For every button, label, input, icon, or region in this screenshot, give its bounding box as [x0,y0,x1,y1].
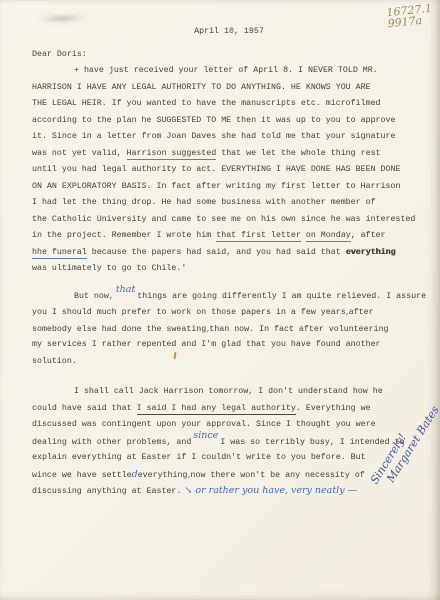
typed-text: . Everything we [296,404,371,413]
typed-text: I shall call Jack Harrison tomorrow, I d… [74,387,383,396]
handwritten-annotation: since [193,428,218,445]
typed-text: you I should much prefer to work on thos… [32,308,346,317]
typed-text: THE LEGAL HEIR. If you wanted to have th… [32,99,381,108]
typed-text: now there won't be any necessity of [191,471,365,480]
letter-line: was ultimately to go to Chile.' [32,261,426,278]
letter-line: my services I rather repented and I'm gl… [32,337,426,354]
typed-text: somebody else had done the sweating [32,325,206,334]
letter-line: discussed was contingent upon your appro… [32,417,426,434]
letter-paper: 16727.1 9917a April 10, 1957 Dear Doris:… [0,0,440,600]
typed-text: that first letter [216,231,301,242]
typed-text: that we let the whole thing rest [216,149,380,158]
typed-text: until you had legal authority to act. EV… [32,165,400,174]
letter-line: wince we have settledeverything,now ther… [32,467,426,484]
letter-line: solution. [32,354,426,371]
letter-line: hhe funeral because the papers had said,… [32,245,426,262]
letter-line: dealing with other problems, andsinceI w… [32,434,426,451]
typed-text: solution. [32,357,77,366]
handwritten-annotation: that [116,282,135,299]
letter-line: in the project. Remember I wrote him tha… [32,228,426,245]
letter-line: according to the plan he SUGGESTED TO ME… [32,113,426,130]
typed-text: But now, [74,292,114,301]
typed-text: HARRISON I HAVE ANY LEGAL AUTHORITY TO D… [32,83,371,92]
typed-text: explain everything at Easter if I couldn… [32,453,366,462]
typed-text: it. Since in a letter from Joan Daves sh… [32,132,395,141]
letter-content: April 10, 1957 Dear Doris: + have just r… [32,24,426,500]
typed-text: Harrison suggested [127,149,217,160]
typed-text: wince we have settle [32,471,132,480]
letter-line: ON AN EXPLORATORY BASIS. In fact after w… [32,179,426,196]
handwritten-annotation: ↘ or rather you have, very neatly — [181,485,357,496]
typed-text: hhe funeral [32,248,87,259]
paragraph: I shall call Jack Harrison tomorrow, I d… [32,384,426,500]
letter-salutation: Dear Doris: [32,47,426,64]
letter-line: you I should much prefer to work on thos… [32,304,426,321]
typed-text: , after [351,231,386,240]
typed-text: everything [138,471,188,480]
letter-date: April 10, 1957 [32,24,426,41]
typed-text: + have just received your letter of Apri… [74,66,378,75]
typed-text: after [349,308,374,317]
typed-text: I said I had any legal authority [137,404,296,415]
paragraph: But now,thatthings are going differently… [32,288,426,371]
typed-text: discussing anything at Easter. [32,487,181,496]
typed-text: according to the plan he SUGGESTED TO ME… [32,116,395,125]
typed-text: I was so terribly busy, I intended to [220,438,404,447]
typed-text: could have said that [32,404,137,413]
letter-line: I had let the thing drop. He had some bu… [32,195,426,212]
typed-text: things are going differently I am quite … [137,292,426,301]
paragraph: + have just received your letter of Apri… [32,63,426,278]
letter-line: it. Since in a letter from Joan Daves sh… [32,129,426,146]
typed-text: my services I rather repented and I'm gl… [32,340,381,349]
letter-line: THE LEGAL HEIR. If you wanted to have th… [32,96,426,113]
letter-line: until you had legal authority to act. EV… [32,162,426,179]
typed-text: was not yet valid, [32,149,127,158]
typed-text: I had let the thing drop. He had some bu… [32,198,376,207]
letter-line: I shall call Jack Harrison tomorrow, I d… [32,384,426,401]
typed-text: the Catholic University and came to see … [32,215,415,224]
letter-line: was not yet valid, Harrison suggested th… [32,146,426,163]
typed-text: was ultimately to go to Chile.' [32,264,186,273]
typed-text: in the project. Remember I wrote him [32,231,216,240]
letter-line: HARRISON I HAVE ANY LEGAL AUTHORITY TO D… [32,80,426,97]
typed-text: everything [346,248,396,257]
typed-text: dealing with other problems, and [32,438,191,447]
letter-line: somebody else had done the sweating,than… [32,321,426,338]
typed-text: on Monday [306,231,351,242]
letter-line: could have said that I said I had any le… [32,401,426,418]
letter-line: discussing anything at Easter. ↘ or rath… [32,483,426,500]
letter-line: But now,thatthings are going differently… [32,288,426,305]
typed-text: than now. In fact after volunteering [209,325,388,334]
letter-line: explain everything at Easter if I couldn… [32,450,426,467]
typed-text: because the papers had said, and you had… [87,248,346,257]
pencil-smudge [36,13,88,24]
typed-text: ON AN EXPLORATORY BASIS. In fact after w… [32,182,400,191]
letter-line: + have just received your letter of Apri… [32,63,426,80]
letter-paragraphs: + have just received your letter of Apri… [32,63,426,500]
letter-line: the Catholic University and came to see … [32,212,426,229]
